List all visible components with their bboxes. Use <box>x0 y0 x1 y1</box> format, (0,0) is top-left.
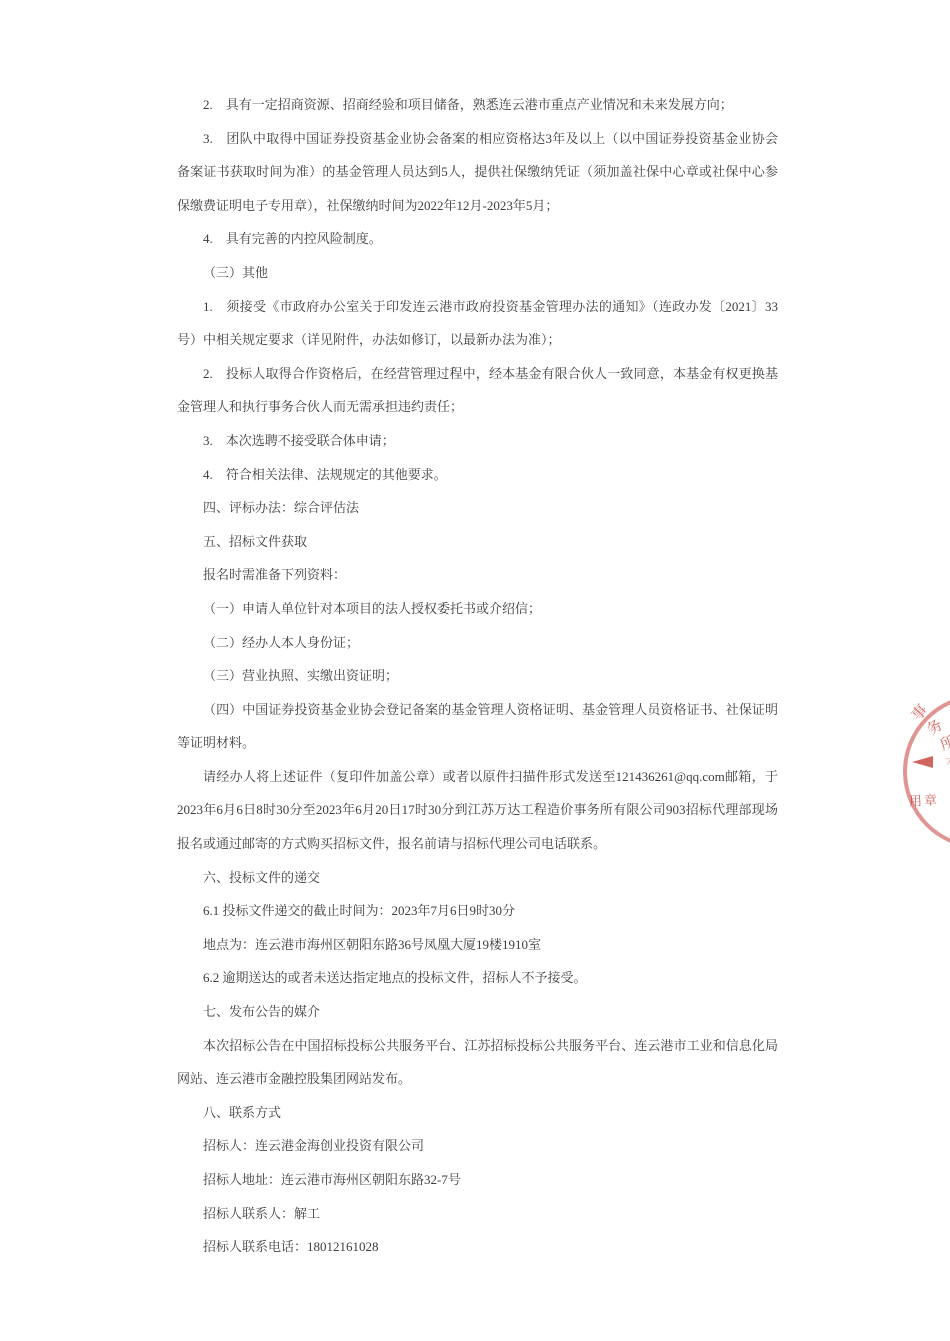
document-paragraph: （三）营业执照、实缴出资证明； <box>177 659 778 693</box>
document-paragraph: 招标人：连云港金海创业投资有限公司 <box>177 1129 778 1163</box>
company-seal: 事 务 所 有 用章 <box>903 694 950 849</box>
document-paragraph: 招标人地址：连云港市海州区朝阳东路32-7号 <box>177 1163 778 1197</box>
document-paragraph: 本次招标公告在中国招标投标公共服务平台、江苏招标投标公共服务平台、连云港市工业和… <box>177 1029 778 1096</box>
document-paragraph: 3. 团队中取得中国证券投资基金业协会备案的相应资格达3年及以上（以中国证券投资… <box>177 122 778 223</box>
document-paragraph: 4. 具有完善的内控风险制度。 <box>177 222 778 256</box>
document-paragraph: 招标人联系人：解工 <box>177 1197 778 1231</box>
document-page: 2. 具有一定招商资源、招商经验和项目储备，熟悉连云港市重点产业情况和未来发展方… <box>0 0 950 1341</box>
star-icon <box>912 756 933 768</box>
document-paragraph: 请经办人将上述证件（复印件加盖公章）或者以原件扫描件形式发送至121436261… <box>177 760 778 861</box>
document-paragraph: 七、发布公告的媒介 <box>177 995 778 1029</box>
document-paragraph: 报名时需准备下列资料： <box>177 558 778 592</box>
document-paragraph: （二）经办人本人身份证； <box>177 626 778 660</box>
document-paragraph: 招标人联系电话：18012161028 <box>177 1230 778 1264</box>
document-paragraph: （四）中国证券投资基金业协会登记备案的基金管理人资格证明、基金管理人员资格证书、… <box>177 693 778 760</box>
document-paragraph: 6.1 投标文件递交的截止时间为：2023年7月6日9时30分 <box>177 894 778 928</box>
document-paragraph: 2. 具有一定招商资源、招商经验和项目储备，熟悉连云港市重点产业情况和未来发展方… <box>177 88 778 122</box>
document-paragraph: 地点为：连云港市海州区朝阳东路36号凤凰大厦19楼1910室 <box>177 928 778 962</box>
document-paragraph: 3. 本次选聘不接受联合体申请； <box>177 424 778 458</box>
document-paragraph: 1. 须接受《市政府办公室关于印发连云港市政府投资基金管理办法的通知》（连政办发… <box>177 290 778 357</box>
document-paragraph: （一）申请人单位针对本项目的法人授权委托书或介绍信； <box>177 592 778 626</box>
document-paragraph: 八、联系方式 <box>177 1096 778 1130</box>
document-paragraph: 四、评标办法：综合评估法 <box>177 491 778 525</box>
document-paragraph: 六、投标文件的递交 <box>177 861 778 895</box>
document-paragraph: （三）其他 <box>177 256 778 290</box>
document-paragraph: 6.2 逾期送达的或者未送达指定地点的投标文件，招标人不予接受。 <box>177 961 778 995</box>
document-body: 2. 具有一定招商资源、招商经验和项目储备，熟悉连云港市重点产业情况和未来发展方… <box>177 88 778 1264</box>
document-paragraph: 4. 符合相关法律、法规规定的其他要求。 <box>177 458 778 492</box>
document-paragraph: 2. 投标人取得合作资格后，在经营管理过程中，经本基金有限合伙人一致同意，本基金… <box>177 357 778 424</box>
seal-label: 用章 <box>909 789 940 810</box>
document-paragraph: 五、招标文件获取 <box>177 525 778 559</box>
seal-arc-char: 有 <box>945 756 950 773</box>
